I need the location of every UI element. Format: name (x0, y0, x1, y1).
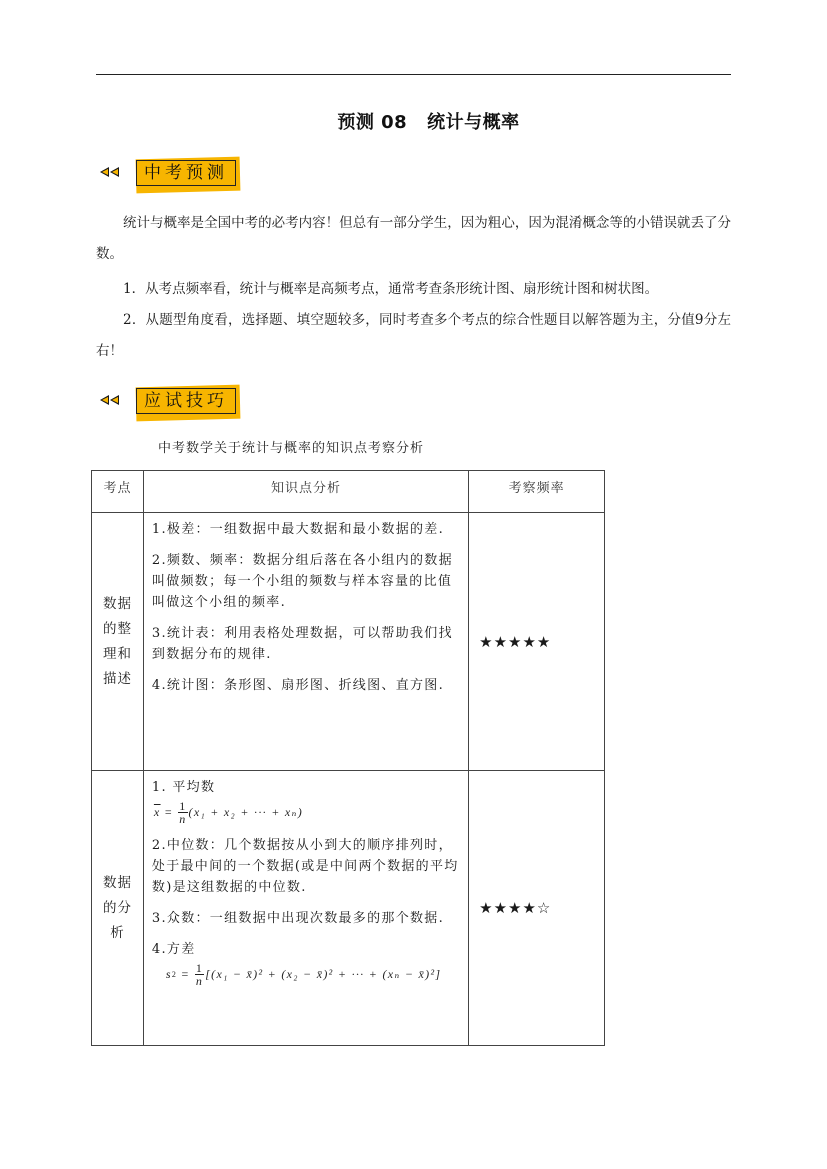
table-header-row: 考点 知识点分析 考察频率 (92, 471, 605, 513)
header-frequency: 考察频率 (469, 471, 605, 513)
table-row: 数据的分析 1. 平均数 x = 1n (x₁ + x₂ + ··· + xₙ)… (92, 771, 605, 1046)
analysis-item: 1. 平均数 (152, 777, 460, 798)
analysis-item: 2.频数、频率：数据分组后落在各小组内的数据叫做频数；每一个小组的频数与样本容量… (152, 550, 460, 613)
section-label-forecast: 中考预测 (136, 160, 236, 186)
frequency-rating: ★★★★☆ (469, 771, 605, 1046)
analysis-item: 4.方差 (152, 939, 460, 960)
double-arrow-icon (100, 395, 119, 405)
analysis-item: 2.中位数：几个数据按从小到大的顺序排列时，处于最中间的一个数据(或是中间两个数… (152, 835, 460, 898)
page-title: 预测 08统计与概率 (0, 108, 827, 134)
analysis-item: 3.众数：一组数据中出现次数最多的那个数据. (152, 908, 460, 929)
table-caption: 中考数学关于统计与概率的知识点考察分析 (158, 437, 424, 456)
analysis-item: 3.统计表：利用表格处理数据，可以帮助我们找到数据分布的规律. (152, 623, 460, 665)
table-row: 数据的整理和描述 1.极差：一组数据中最大数据和最小数据的差. 2.频数、频率：… (92, 513, 605, 771)
double-arrow-icon (100, 167, 119, 177)
point-cell: 数据的整理和描述 (92, 513, 144, 771)
page-title-topic: 统计与概率 (427, 112, 520, 133)
intro-paragraph: 统计与概率是全国中考的必考内容！但总有一部分学生，因为粗心，因为混淆概念等的小错… (96, 208, 731, 270)
mean-formula: x = 1n (x₁ + x₂ + ··· + xₙ) (154, 800, 460, 825)
frequency-rating: ★★★★★ (469, 513, 605, 771)
header-rule (96, 74, 731, 75)
intro-point-1: 1．从考点频率看，统计与概率是高频考点，通常考查条形统计图、扇形统计图和树状图。 (96, 274, 731, 305)
intro-point-2: 2．从题型角度看，选择题、填空题较多，同时考查多个考点的综合性题目以解答题为主，… (96, 305, 731, 367)
header-analysis: 知识点分析 (143, 471, 468, 513)
analysis-cell: 1. 平均数 x = 1n (x₁ + x₂ + ··· + xₙ) 2.中位数… (143, 771, 468, 1046)
variance-formula: s2 = 1n [(x₁ − x̄)² + (x₂ − x̄)² + ··· +… (166, 962, 460, 987)
page-title-prefix: 预测 08 (337, 112, 407, 133)
knowledge-table: 考点 知识点分析 考察频率 数据的整理和描述 1.极差：一组数据中最大数据和最小… (91, 470, 605, 1046)
analysis-item: 4.统计图：条形图、扇形图、折线图、直方图. (152, 675, 460, 696)
analysis-cell: 1.极差：一组数据中最大数据和最小数据的差. 2.频数、频率：数据分组后落在各小… (143, 513, 468, 771)
analysis-item: 1.极差：一组数据中最大数据和最小数据的差. (152, 519, 460, 540)
point-cell: 数据的分析 (92, 771, 144, 1046)
header-point: 考点 (92, 471, 144, 513)
section-label-tips: 应试技巧 (136, 388, 236, 414)
